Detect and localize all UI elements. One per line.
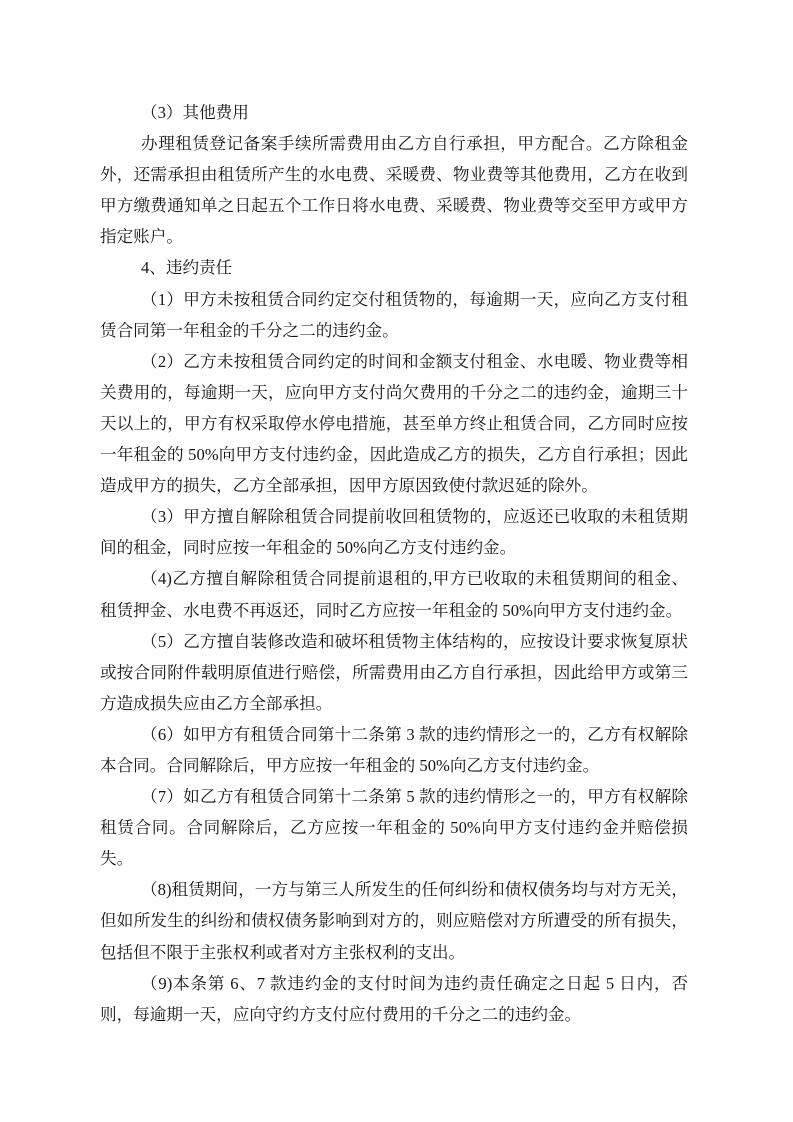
heading-breach-liability: 4、违约责任	[100, 252, 688, 283]
heading-other-fees: （3）其他费用	[100, 97, 688, 128]
clause-5: （5）乙方擅自装修改造和破坏租赁物主体结构的，应按设计要求恢复原状或按合同附件载…	[100, 626, 688, 719]
clause-1: （1）甲方未按租赁合同约定交付租赁物的，每逾期一天，应向乙方支付租赁合同第一年租…	[100, 284, 688, 346]
clause-4: （4)乙方擅自解除租赁合同提前退租的,甲方已收取的未租赁期间的租金、租赁押金、水…	[100, 563, 688, 625]
document-page: （3）其他费用办理租赁登记备案手续所需费用由乙方自行承担，甲方配合。乙方除租金外…	[0, 0, 793, 1122]
clause-8: （8)租赁期间，一方与第三人所发生的任何纠纷和债权债务均与对方无关，但如所发生的…	[100, 874, 688, 967]
clause-2: （2）乙方未按租赁合同约定的时间和金额支付租金、水电暖、物业费等相关费用的，每逾…	[100, 346, 688, 501]
clause-9: （9)本条第 6、7 款违约金的支付时间为违约责任确定之日起 5 日内，否则，每…	[100, 968, 688, 1030]
clause-6: （6）如甲方有租赁合同第十二条第 3 款的违约情形之一的，乙方有权解除本合同。合…	[100, 719, 688, 781]
document-body: （3）其他费用办理租赁登记备案手续所需费用由乙方自行承担，甲方配合。乙方除租金外…	[100, 97, 688, 1030]
clause-7: （7）如乙方有租赁合同第十二条第 5 款的违约情形之一的，甲方有权解除租赁合同。…	[100, 781, 688, 874]
para-other-fees: 办理租赁登记备案手续所需费用由乙方自行承担，甲方配合。乙方除租金外，还需承担由租…	[100, 128, 688, 252]
clause-3: （3）甲方擅自解除租赁合同提前收回租赁物的，应返还已收取的未租赁期间的租金，同时…	[100, 501, 688, 563]
